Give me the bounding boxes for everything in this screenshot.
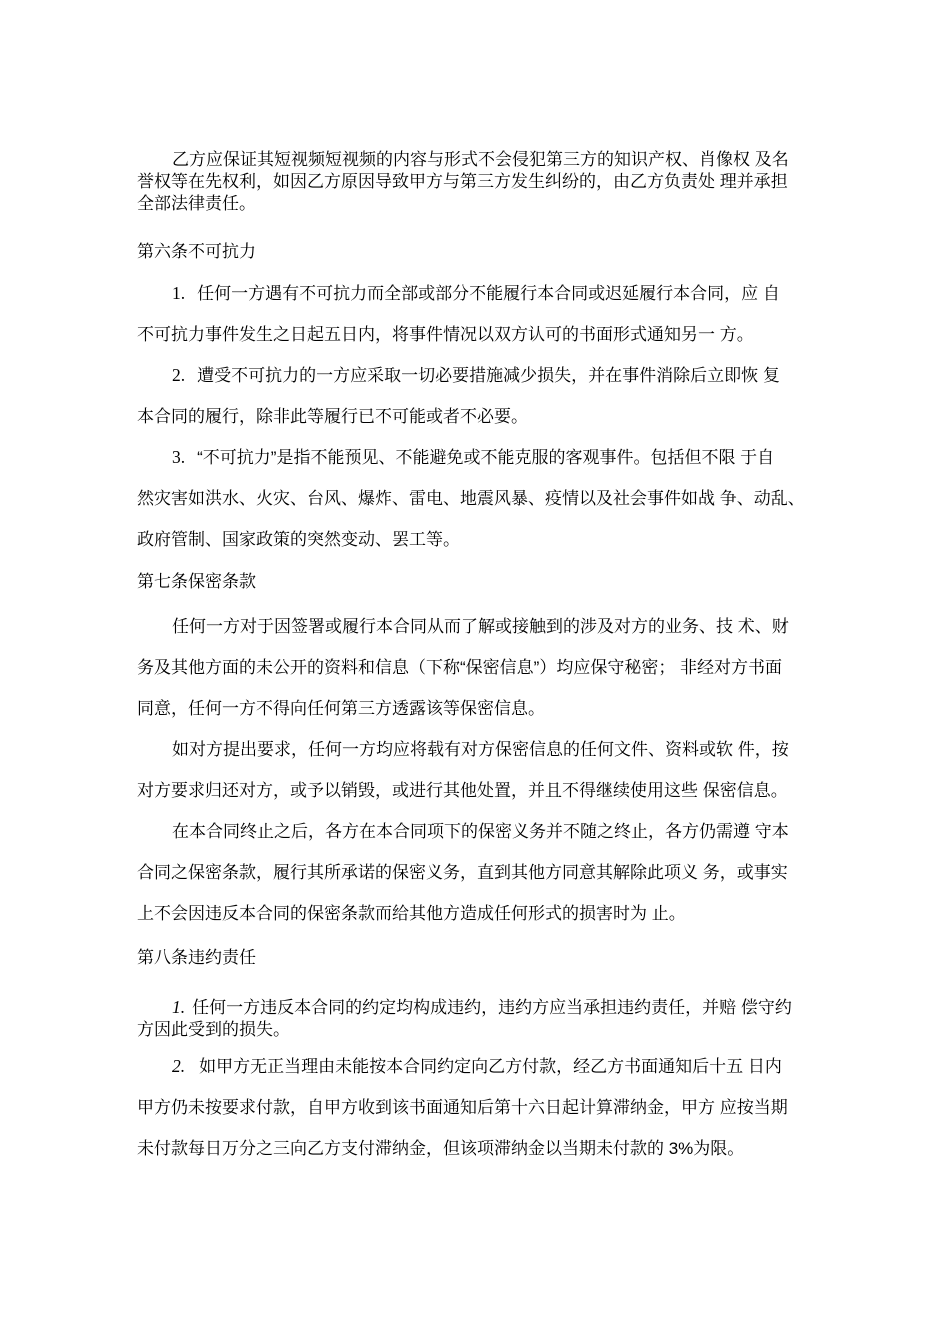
list-number: 2. — [172, 1056, 185, 1076]
text-line: 务及其他方面的未公开的资料和信息（下称“保密信息”）均应保守秘密； 非经对方书面 — [137, 647, 850, 688]
article-7-paragraph-1: 任何一方对于因签署或履行本合同从而了解或接触到的涉及对方的业务、技 术、财 务及… — [137, 606, 850, 729]
text-line: 3.“不可抗力”是指不能预见、不能避免或不能克服的客观事件。包括但不限 于自 — [137, 437, 850, 478]
contract-document-page: 乙方应保证其短视频短视频的内容与形式不会侵犯第三方的知识产权、肖像权 及名 誉权… — [0, 0, 950, 1344]
text-line: 如对方提出要求，任何一方均应将载有对方保密信息的任何文件、资料或软 件，按 — [137, 729, 850, 770]
line-text: 上不会因违反本合同的保密条款而给其他方造成任何形式的损害时为 止。 — [137, 904, 686, 923]
line-text: 如甲方无正当理由未能按本合同约定向乙方付款，经乙方书面通知后十五 日内 — [199, 1057, 782, 1076]
line-text: 遭受不可抗力的一方应采取一切必要措施减少损失，并在事件消除后立即恢 复 — [197, 366, 780, 385]
line-text: 全部法律责任。 — [137, 194, 256, 213]
line-text: 务及其他方面的未公开的资料和信息（下称“保密信息”）均应保守秘密； 非经对方书面 — [137, 658, 782, 677]
article-6-item-2: 2.遭受不可抗力的一方应采取一切必要措施减少损失，并在事件消除后立即恢 复 本合… — [137, 355, 850, 437]
text-line: 1.任何一方违反本合同的约定均构成违约，违约方应当承担违约责任，并赔 偿守约 — [137, 996, 850, 1019]
text-line: 上不会因违反本合同的保密条款而给其他方造成任何形式的损害时为 止。 — [137, 893, 850, 934]
article-6-item-3: 3.“不可抗力”是指不能预见、不能避免或不能克服的客观事件。包括但不限 于自 然… — [137, 437, 850, 560]
text-line: 同意，任何一方不得向任何第三方透露该等保密信息。 — [137, 688, 850, 729]
text-line: 任何一方对于因签署或履行本合同从而了解或接触到的涉及对方的业务、技 术、财 — [137, 606, 850, 647]
line-text: “不可抗力”是指不能预见、不能避免或不能克服的客观事件。包括但不限 于自 — [197, 448, 774, 467]
line-text: 在本合同终止之后，各方在本合同项下的保密义务并不随之终止，各方仍需遵 守本 — [172, 822, 789, 841]
list-number: 1. — [172, 283, 185, 303]
article-8-heading: 第八条违约责任 — [137, 947, 850, 969]
line-text: 任何一方违反本合同的约定均构成违约，违约方应当承担违约责任，并赔 偿守约 — [192, 998, 792, 1017]
text-line: 乙方应保证其短视频短视频的内容与形式不会侵犯第三方的知识产权、肖像权 及名 — [137, 149, 850, 171]
text-line: 然灾害如洪水、火灾、台风、爆炸、雷电、地震风暴、疫情以及社会事件如战 争、动乱、 — [137, 478, 850, 519]
text-line: 对方要求归还对方，或予以销毁，或进行其他处置，并且不得继续使用这些 保密信息。 — [137, 770, 850, 811]
text-line: 甲方仍未按要求付款，自甲方收到该书面通知后第十六日起计算滞纳金，甲方 应按当期 — [137, 1087, 850, 1128]
list-number: 3. — [172, 447, 185, 467]
line-text: 对方要求归还对方，或予以销毁，或进行其他处置，并且不得继续使用这些 保密信息。 — [137, 781, 788, 800]
intro-paragraph: 乙方应保证其短视频短视频的内容与形式不会侵犯第三方的知识产权、肖像权 及名 誉权… — [137, 149, 850, 215]
line-text: 誉权等在先权利，如因乙方原因导致甲方与第三方发生纠纷的，由乙方负责处 理并承担 — [137, 172, 788, 191]
text-line: 誉权等在先权利，如因乙方原因导致甲方与第三方发生纠纷的，由乙方负责处 理并承担 — [137, 171, 850, 193]
text-line: 2.如甲方无正当理由未能按本合同约定向乙方付款，经乙方书面通知后十五 日内 — [137, 1046, 850, 1087]
line-text: 不可抗力事件发生之日起五日内，将事件情况以双方认可的书面形式通知另一 方。 — [137, 325, 754, 344]
line-text: 合同之保密条款，履行其所承诺的保密义务，直到其他方同意其解除此项义 务，或事实 — [137, 863, 788, 882]
line-text: 如对方提出要求，任何一方均应将载有对方保密信息的任何文件、资料或软 件，按 — [172, 740, 789, 759]
line-text: 甲方仍未按要求付款，自甲方收到该书面通知后第十六日起计算滞纳金，甲方 应按当期 — [137, 1098, 788, 1117]
article-6-heading: 第六条不可抗力 — [137, 241, 850, 263]
text-line: 合同之保密条款，履行其所承诺的保密义务，直到其他方同意其解除此项义 务，或事实 — [137, 852, 850, 893]
line-text: 同意，任何一方不得向任何第三方透露该等保密信息。 — [137, 699, 545, 718]
text-line: 全部法律责任。 — [137, 193, 850, 215]
text-line: 2.遭受不可抗力的一方应采取一切必要措施减少损失，并在事件消除后立即恢 复 — [137, 355, 850, 396]
article-8-item-1: 1.任何一方违反本合同的约定均构成违约，违约方应当承担违约责任，并赔 偿守约 方… — [137, 996, 850, 1041]
article-7-heading: 第七条保密条款 — [137, 571, 850, 593]
list-number: 2. — [172, 365, 185, 385]
line-text: 然灾害如洪水、火灾、台风、爆炸、雷电、地震风暴、疫情以及社会事件如战 争、动乱、 — [137, 489, 805, 508]
list-number: 1. — [172, 997, 185, 1017]
text-line: 在本合同终止之后，各方在本合同项下的保密义务并不随之终止，各方仍需遵 守本 — [137, 811, 850, 852]
line-text: 任何一方遇有不可抗力而全部或部分不能履行本合同或迟延履行本合同，应 自 — [197, 284, 780, 303]
line-text: 未付款每日万分之三向乙方支付滞纳金，但该项滞纳金以当期未付款的 3%为限。 — [137, 1139, 744, 1158]
article-6-item-1: 1.任何一方遇有不可抗力而全部或部分不能履行本合同或迟延履行本合同，应 自 不可… — [137, 273, 850, 355]
text-line: 未付款每日万分之三向乙方支付滞纳金，但该项滞纳金以当期未付款的 3%为限。 — [137, 1128, 850, 1169]
text-line: 政府管制、国家政策的突然变动、罢工等。 — [137, 519, 850, 560]
text-line: 方因此受到的损失。 — [137, 1019, 850, 1041]
line-text: 政府管制、国家政策的突然变动、罢工等。 — [137, 530, 460, 549]
article-7-paragraph-2: 如对方提出要求，任何一方均应将载有对方保密信息的任何文件、资料或软 件，按 对方… — [137, 729, 850, 811]
line-text: 任何一方对于因签署或履行本合同从而了解或接触到的涉及对方的业务、技 术、财 — [172, 617, 789, 636]
line-text: 方因此受到的损失。 — [137, 1020, 290, 1039]
text-line: 不可抗力事件发生之日起五日内，将事件情况以双方认可的书面形式通知另一 方。 — [137, 314, 850, 355]
article-8-item-2: 2.如甲方无正当理由未能按本合同约定向乙方付款，经乙方书面通知后十五 日内 甲方… — [137, 1046, 850, 1169]
line-text: 乙方应保证其短视频短视频的内容与形式不会侵犯第三方的知识产权、肖像权 及名 — [172, 150, 789, 169]
line-text: 本合同的履行，除非此等履行已不可能或者不必要。 — [137, 407, 528, 426]
text-line: 本合同的履行，除非此等履行已不可能或者不必要。 — [137, 396, 850, 437]
article-7-paragraph-3: 在本合同终止之后，各方在本合同项下的保密义务并不随之终止，各方仍需遵 守本 合同… — [137, 811, 850, 934]
text-line: 1.任何一方遇有不可抗力而全部或部分不能履行本合同或迟延履行本合同，应 自 — [137, 273, 850, 314]
